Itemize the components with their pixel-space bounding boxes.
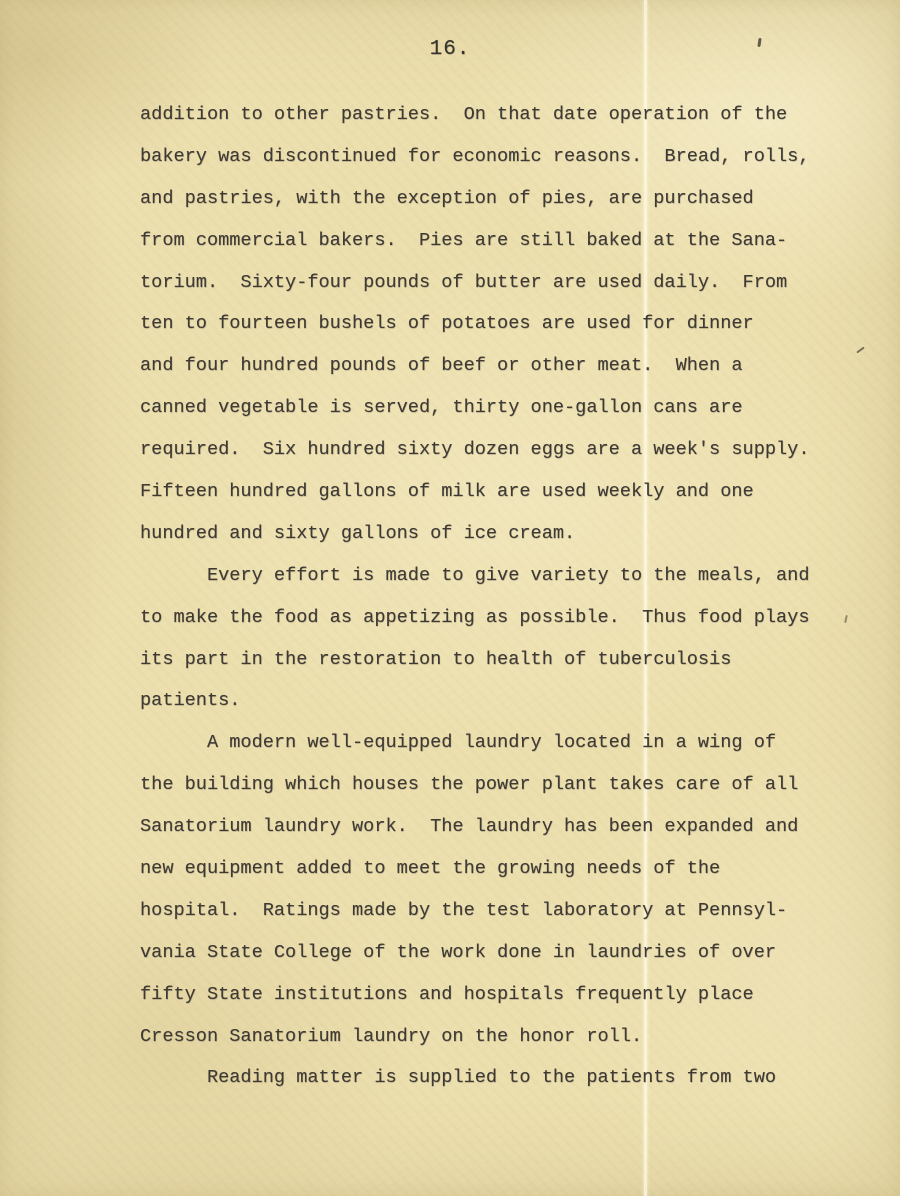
text-line: from commercial bakers. Pies are still b… [140, 220, 840, 262]
text-line: patients. [140, 680, 840, 722]
document-page: 16. addition to other pastries. On that … [0, 0, 900, 1196]
text-line: fifty State institutions and hospitals f… [140, 974, 840, 1016]
text-line: ten to fourteen bushels of potatoes are … [140, 303, 840, 345]
text-line: and pastries, with the exception of pies… [140, 178, 840, 220]
ink-speck [844, 615, 848, 623]
text-line: the building which houses the power plan… [140, 764, 840, 806]
text-line: Cresson Sanatorium laundry on the honor … [140, 1016, 840, 1058]
text-line: torium. Sixty-four pounds of butter are … [140, 262, 840, 304]
text-line: hospital. Ratings made by the test labor… [140, 890, 840, 932]
text-line: required. Six hundred sixty dozen eggs a… [140, 429, 840, 471]
text-line: addition to other pastries. On that date… [140, 94, 840, 136]
text-line: canned vegetable is served, thirty one-g… [140, 387, 840, 429]
text-line: Every effort is made to give variety to … [140, 555, 840, 597]
text-line: Sanatorium laundry work. The laundry has… [140, 806, 840, 848]
text-line: Reading matter is supplied to the patien… [140, 1057, 840, 1099]
page-text: addition to other pastries. On that date… [140, 94, 840, 1099]
text-line: A modern well-equipped laundry located i… [140, 722, 840, 764]
text-line: Fifteen hundred gallons of milk are used… [140, 471, 840, 513]
text-line: its part in the restoration to health of… [140, 639, 840, 681]
text-line: and four hundred pounds of beef or other… [140, 345, 840, 387]
text-line: vania State College of the work done in … [140, 932, 840, 974]
text-line: bakery was discontinued for economic rea… [140, 136, 840, 178]
text-line: hundred and sixty gallons of ice cream. [140, 513, 840, 555]
ink-speck [856, 347, 865, 354]
text-line: new equipment added to meet the growing … [140, 848, 840, 890]
page-number: 16. [0, 38, 900, 61]
text-line: to make the food as appetizing as possib… [140, 597, 840, 639]
